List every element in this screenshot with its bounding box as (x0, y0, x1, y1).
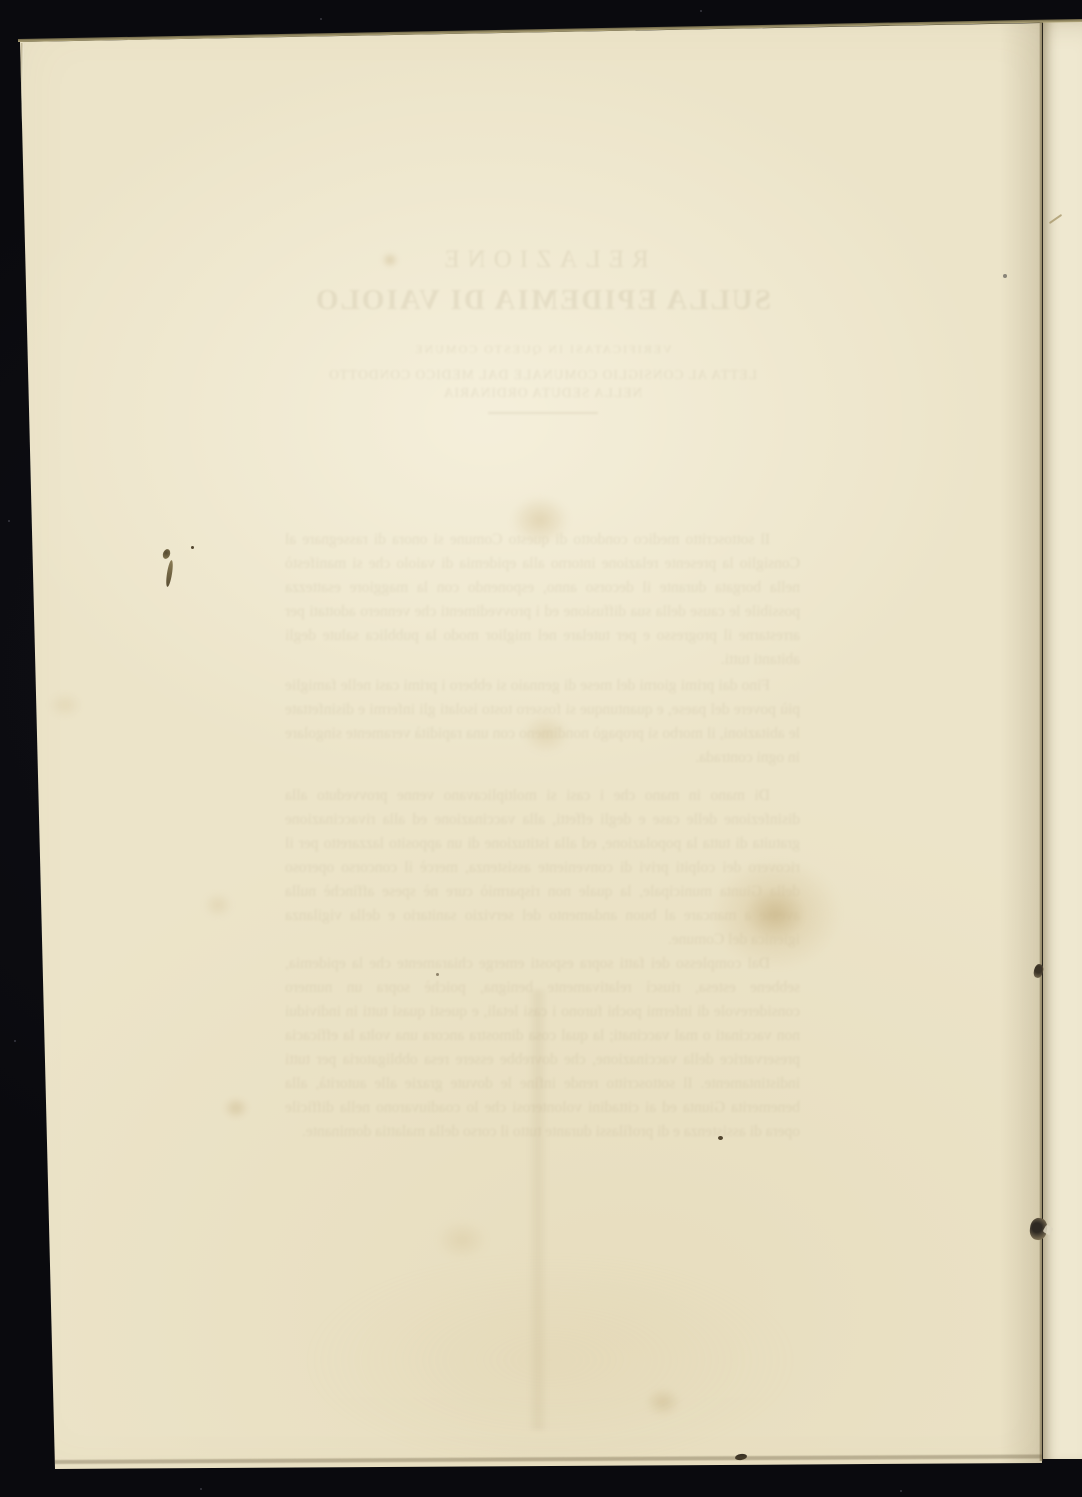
gutter-shadow (1000, 20, 1042, 1465)
dust-speck (700, 10, 702, 12)
dust-speck (14, 1040, 16, 1042)
dust-speck (320, 18, 322, 20)
dust-speck (200, 1488, 202, 1490)
ghost-title-line: SULLA EPIDEMIA DI VAIOLO (285, 284, 800, 317)
foxing-stain (203, 892, 233, 918)
dust-speck (900, 1490, 902, 1492)
scanned-page-photo: RELAZIONE SULLA EPIDEMIA DI VAIOLO VERIF… (0, 0, 1082, 1497)
ghost-title-line: RELAZIONE (285, 246, 800, 274)
ghost-ornament-rule (488, 412, 598, 414)
foxing-stain (522, 714, 570, 754)
vertical-fold-shading (528, 990, 548, 1430)
tonal-shading (300, 1250, 800, 1470)
ink-speck (718, 1136, 723, 1140)
ghost-subtitle-line: LETTA AL CONSIGLIO COMUNALE DAL MEDICO C… (315, 366, 770, 402)
ghost-subtitle-line: VERIFICATASI IN QUESTO COMUNE (285, 342, 800, 357)
foxing-stain (510, 495, 570, 545)
book-page: RELAZIONE SULLA EPIDEMIA DI VAIOLO VERIF… (0, 0, 1082, 1497)
ghost-paragraph: Il sottoscritto medico condotto di quest… (285, 528, 800, 672)
gutter-crease (1039, 21, 1043, 1461)
foxing-stain (382, 253, 398, 267)
ink-speck (436, 973, 439, 976)
ink-speck (191, 546, 194, 549)
dust-speck (8, 520, 10, 522)
foxing-stain (744, 888, 806, 940)
foxing-stain (48, 692, 82, 718)
adjacent-page-edge (1043, 20, 1082, 1459)
foxing-stain (223, 1097, 249, 1119)
